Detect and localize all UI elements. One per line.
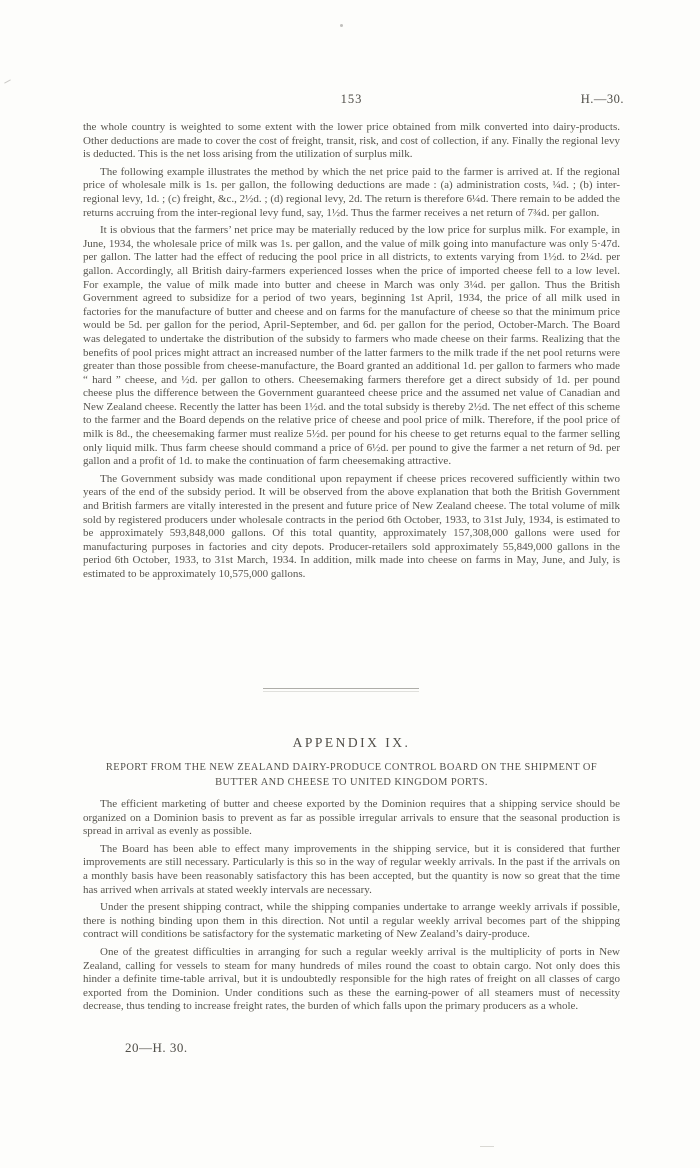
appendix-heading-line-1: REPORT FROM THE NEW ZEALAND DAIRY-PRODUC… bbox=[83, 760, 620, 775]
page-number: 153 bbox=[83, 92, 620, 107]
main-text-column: 153 H.—30. the whole country is weighted… bbox=[83, 92, 620, 586]
main-section-text: the whole country is weighted to some ex… bbox=[83, 121, 620, 582]
body-paragraph: One of the greatest difficulties in arra… bbox=[83, 946, 620, 1014]
section-divider bbox=[263, 688, 419, 691]
body-paragraph: The efficient marketing of butter and ch… bbox=[83, 798, 620, 839]
body-paragraph: Under the present shipping contract, whi… bbox=[83, 901, 620, 942]
doc-reference: H.—30. bbox=[581, 92, 624, 107]
body-paragraph: The Government subsidy was made conditio… bbox=[83, 473, 620, 582]
body-paragraph: The Board has been able to effect many i… bbox=[83, 843, 620, 897]
scan-artifact-dot bbox=[340, 24, 343, 27]
appendix-section-text: The efficient marketing of butter and ch… bbox=[83, 798, 620, 1014]
body-paragraph: the whole country is weighted to some ex… bbox=[83, 121, 620, 162]
body-paragraph: The following example illustrates the me… bbox=[83, 166, 620, 220]
body-paragraph: It is obvious that the farmers’ net pric… bbox=[83, 224, 620, 469]
footer-signature: 20—H. 30. bbox=[125, 1040, 188, 1056]
appendix-heading-line-2: BUTTER AND CHEESE TO UNITED KINGDOM PORT… bbox=[83, 775, 620, 790]
page-header: 153 H.—30. bbox=[83, 92, 620, 109]
appendix-section: APPENDIX IX. REPORT FROM THE NEW ZEALAND… bbox=[83, 688, 620, 1018]
scan-artifact-smudge bbox=[480, 1146, 494, 1147]
scan-artifact-tick bbox=[4, 79, 11, 83]
scanned-document-page: 153 H.—30. the whole country is weighted… bbox=[0, 0, 700, 1168]
appendix-title: APPENDIX IX. bbox=[83, 735, 620, 751]
appendix-report-heading: REPORT FROM THE NEW ZEALAND DAIRY-PRODUC… bbox=[83, 760, 620, 790]
